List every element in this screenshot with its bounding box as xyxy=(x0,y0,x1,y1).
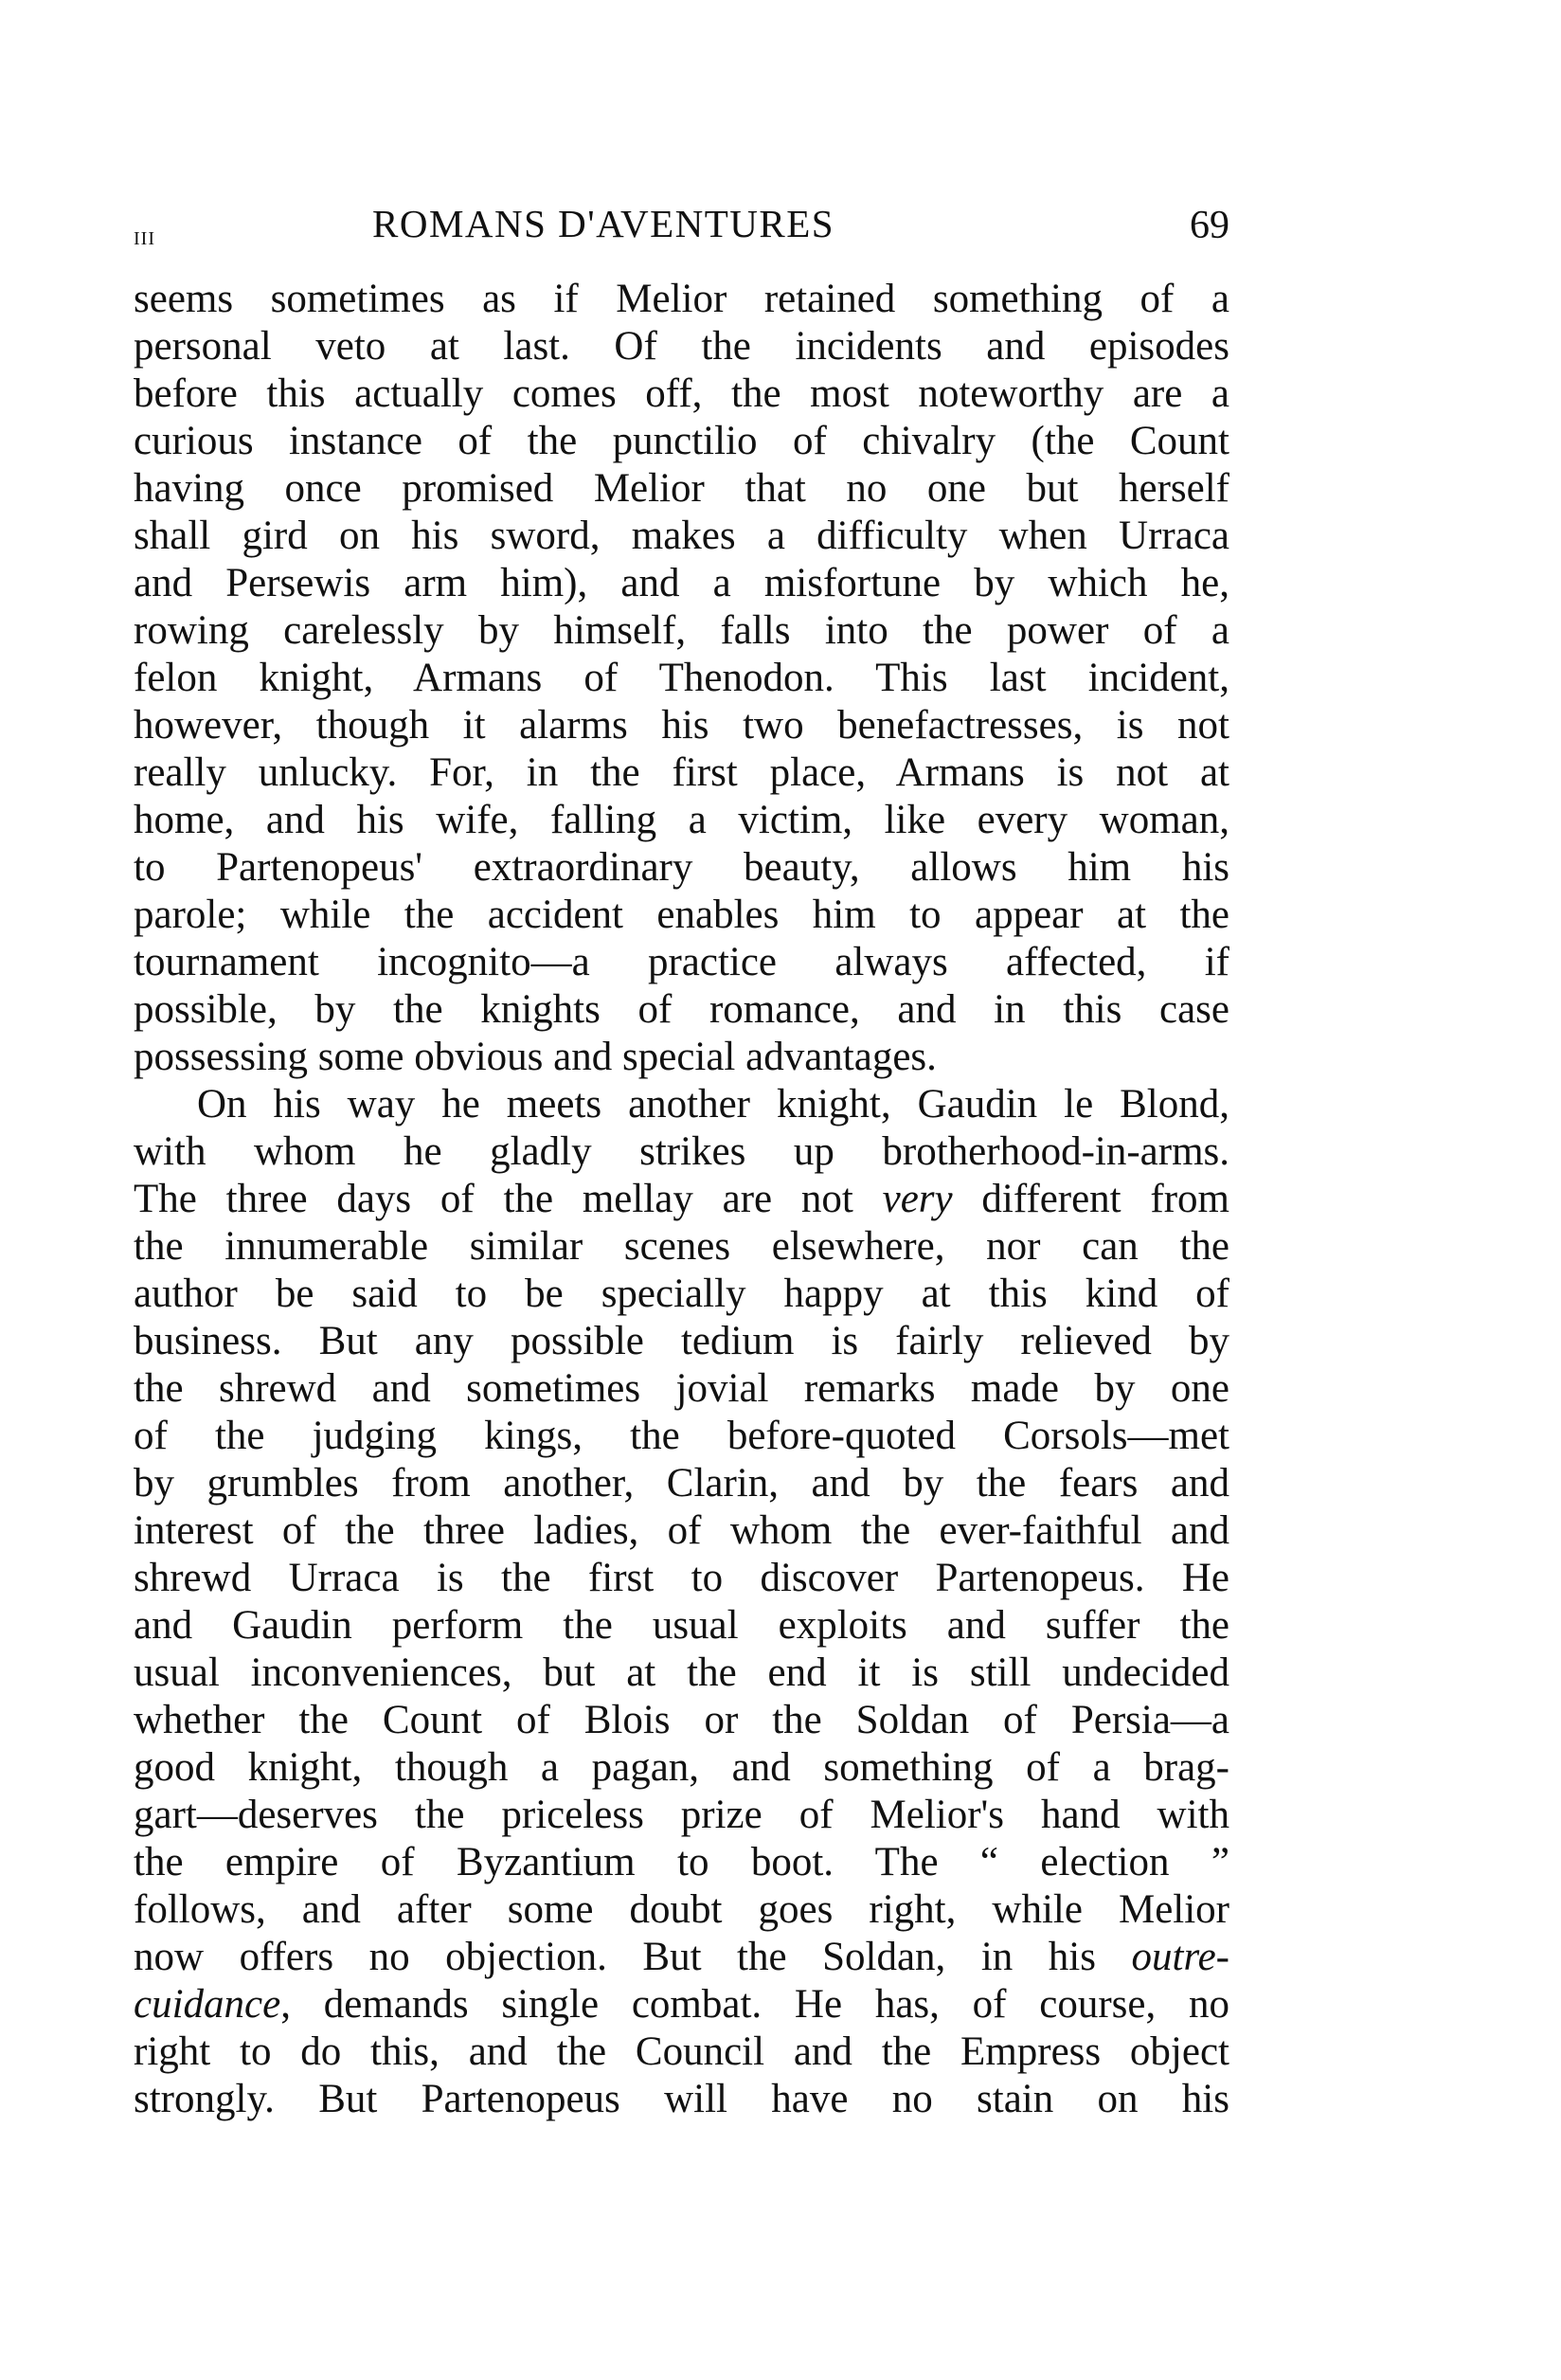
text-line: curious instance of the punctilio of chi… xyxy=(134,418,1229,465)
page-number: 69 xyxy=(1190,203,1229,248)
text-line: the innumerable similar scenes elsewhere… xyxy=(134,1223,1229,1271)
text-line: now offers no objection. But the Soldan,… xyxy=(134,1934,1229,1981)
text-line: possible, by the knights of romance, and… xyxy=(134,986,1229,1034)
text-line: follows, and after some doubt goes right… xyxy=(134,1886,1229,1934)
text-line: before this actually comes off, the most… xyxy=(134,370,1229,418)
text-line: the shrewd and sometimes jovial remarks … xyxy=(134,1365,1229,1413)
text-line: cuidance, demands single combat. He has,… xyxy=(134,1981,1229,2028)
text-line: rowing carelessly by himself, falls into… xyxy=(134,607,1229,655)
text-line: with whom he gladly strikes up brotherho… xyxy=(134,1128,1229,1176)
italic-emphasis: cuidance xyxy=(134,1982,280,2027)
paragraph-end-line: possessing some obvious and special adva… xyxy=(134,1034,1229,1081)
body-text: seems sometimes as if Melior retained so… xyxy=(134,276,1229,2123)
text-line: felon knight, Armans of Thenodon. This l… xyxy=(134,655,1229,702)
text-line: personal veto at last. Of the incidents … xyxy=(134,323,1229,370)
text-line: author be said to be specially happy at … xyxy=(134,1271,1229,1318)
text-line: business. But any possible tedium is fai… xyxy=(134,1318,1229,1365)
text-line: good knight, though a pagan, and somethi… xyxy=(134,1744,1229,1792)
text-line: strongly. But Partenopeus will have no s… xyxy=(134,2076,1229,2123)
text-line: The three days of the mellay are not ver… xyxy=(134,1176,1229,1223)
text-line: really unlucky. For, in the first place,… xyxy=(134,749,1229,797)
text-line: having once promised Melior that no one … xyxy=(134,465,1229,513)
text-line: and Persewis arm him), and a misfortune … xyxy=(134,560,1229,607)
text-line: to Partenopeus' extraordinary beauty, al… xyxy=(134,844,1229,892)
italic-emphasis: outre- xyxy=(1132,1935,1230,1979)
text-line: and Gaudin perform the usual exploits an… xyxy=(134,1602,1229,1650)
chapter-number: III xyxy=(134,222,155,252)
text-line: shall gird on his sword, makes a difficu… xyxy=(134,513,1229,560)
text-line: usual inconveniences, but at the end it … xyxy=(134,1650,1229,1697)
italic-emphasis: very xyxy=(883,1177,953,1221)
running-title: ROMANS D'AVENTURES xyxy=(372,201,834,246)
text-line: however, though it alarms his two benefa… xyxy=(134,702,1229,749)
text-line: shrewd Urraca is the first to discover P… xyxy=(134,1555,1229,1602)
text-line: seems sometimes as if Melior retained so… xyxy=(134,276,1229,323)
running-head: III ROMANS D'AVENTURES 69 xyxy=(134,201,1229,248)
text-line: parole; while the accident enables him t… xyxy=(134,892,1229,939)
paragraph-start-line: On his way he meets another knight, Gaud… xyxy=(134,1081,1229,1128)
text-line: interest of the three ladies, of whom th… xyxy=(134,1507,1229,1555)
text-line: tournament incognito—a practice always a… xyxy=(134,939,1229,986)
text-line: of the judging kings, the before-quoted … xyxy=(134,1413,1229,1460)
text-line: right to do this, and the Council and th… xyxy=(134,2028,1229,2076)
text-line: the empire of Byzantium to boot. The “ e… xyxy=(134,1839,1229,1886)
text-line: home, and his wife, falling a victim, li… xyxy=(134,797,1229,844)
text-line: by grumbles from another, Clarin, and by… xyxy=(134,1460,1229,1507)
text-line: gart—deserves the priceless prize of Mel… xyxy=(134,1792,1229,1839)
book-page: III ROMANS D'AVENTURES 69 seems sometime… xyxy=(0,0,1561,2380)
text-line: whether the Count of Blois or the Soldan… xyxy=(134,1697,1229,1744)
